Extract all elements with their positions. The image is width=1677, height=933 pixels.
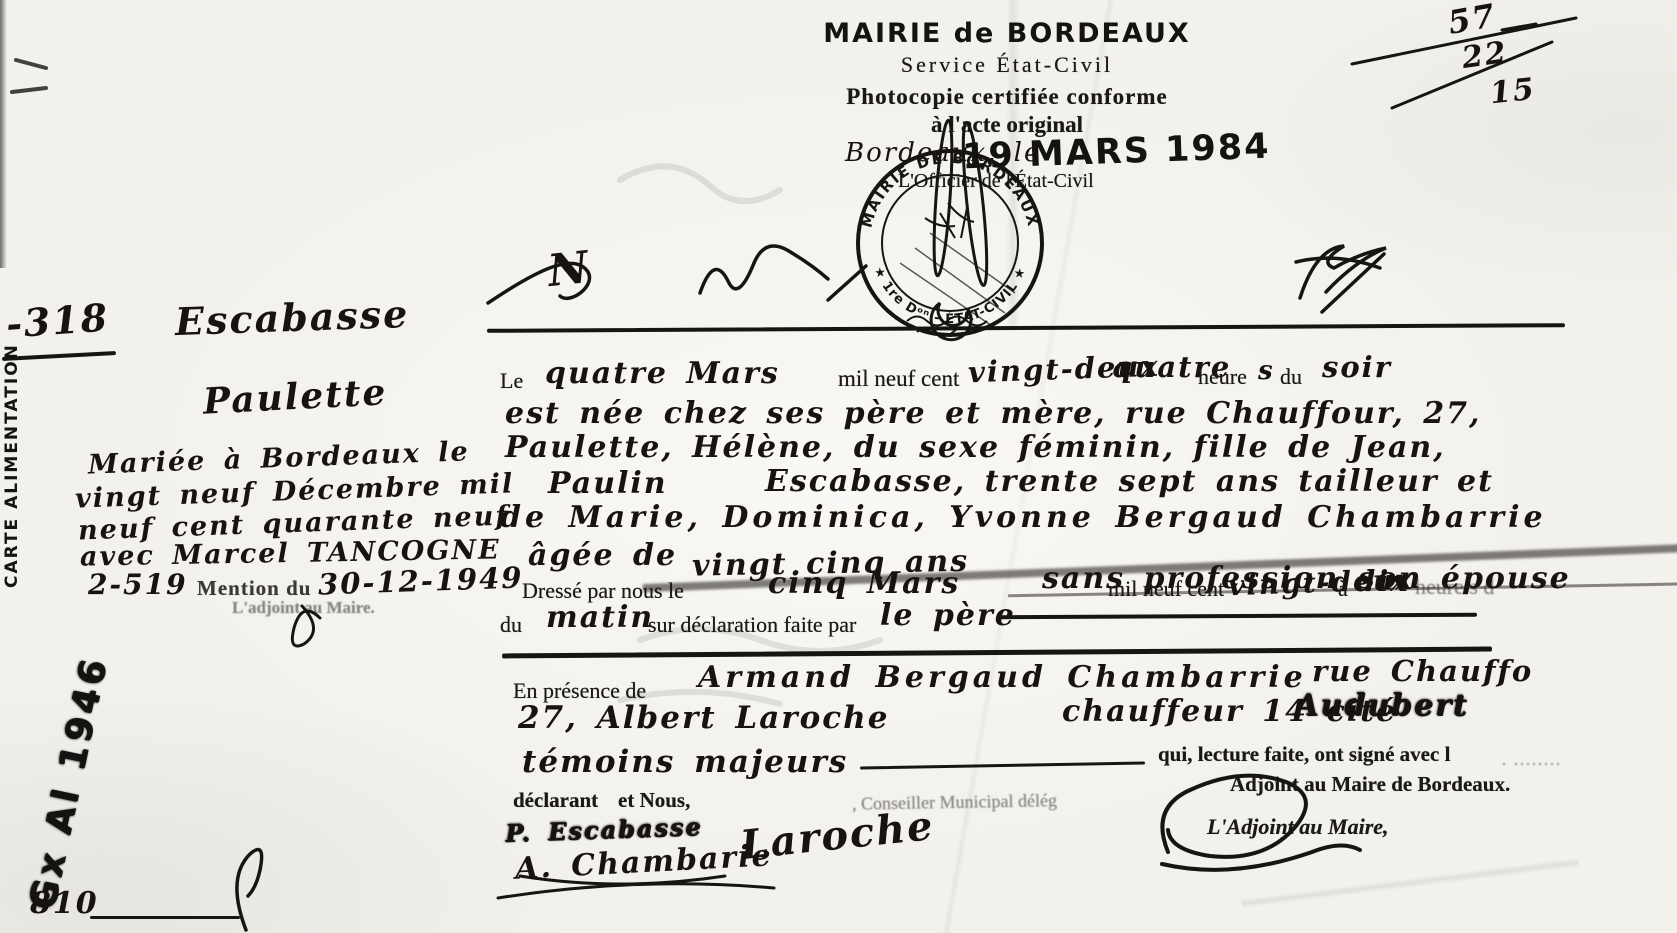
pen-loop-stroke [931, 120, 956, 277]
corner-number-3: 15 [1488, 72, 1537, 112]
act-line1-print-le: Le [500, 368, 523, 394]
signature-witness2: Laroche [738, 802, 937, 869]
act-line1-print-milneufcent: mil neuf cent [838, 366, 959, 392]
mention-date: 30-12-1949 [317, 560, 524, 601]
center-scribble [700, 246, 866, 300]
act-line1-hand-date: quatre Mars [545, 356, 780, 391]
act-line3: Paulette, Hélène, du sexe féminin, fille… [505, 430, 1446, 465]
fold-crease-diagonal [1241, 857, 1580, 908]
witness-hand-temoins: témoins majeurs [522, 744, 848, 780]
margin-surname: Escabasse [174, 291, 410, 344]
service-subtitle: Service État-Civil [807, 52, 1207, 78]
top-left-ink-marks [12, 60, 46, 92]
carte-alimentation-stamp: CARTE ALIMENTATION [2, 343, 22, 588]
act-line1-print-heure: heure [1198, 364, 1247, 390]
act-line8-print-du: du [500, 612, 522, 638]
declarant-fill-line [1000, 613, 1477, 619]
signature-declarant: P. Escabasse [505, 812, 703, 848]
act-line1-hand-soir: soir [1322, 350, 1392, 384]
act-line6-agee-de: âgée de [528, 538, 677, 573]
registry-number-line [90, 916, 240, 919]
act-line7-print-a: à [1338, 576, 1348, 602]
scanned-birth-certificate: MAIRIE de BORDEAUX Service État-Civil Ph… [0, 0, 1677, 933]
act-line2: est née chez ses père et mère, rue Chauf… [505, 396, 1482, 431]
corner-number-1: 57 [1445, 0, 1499, 42]
act-line5-mother: de Marie, Dominica, Yvonne Bergaud Chamb… [500, 500, 1547, 535]
witness-hand-name2: 27, Albert Laroche [518, 700, 889, 736]
mention-ref-number: 2-519 [88, 568, 188, 601]
bleedthrough-smudge [620, 166, 780, 201]
adjoint-signature-label: L'Adjoint au Maire, [1207, 814, 1389, 840]
temoins-fill-line [860, 762, 1145, 770]
act-margin-number: -318 [5, 294, 111, 346]
act-line7-hand-date: cinq Mars [768, 566, 960, 601]
act-line1-hand-s: s [1258, 356, 1275, 386]
witness-hand-address-overwritten: Audubert [1295, 688, 1469, 723]
act-line4-father-firstname: Paulin [548, 466, 668, 501]
act-line4-father-details: Escabasse, trente sept ans tailleur et [765, 464, 1494, 499]
adjoint-stamp-faint: L'adjoint au Maire. [232, 598, 375, 618]
act-line7-print-heure: heure s d [1415, 574, 1494, 600]
ration-card-1946-stamp: Gx Al 1946 [22, 652, 116, 913]
margin-firstname: Paulette [202, 371, 388, 423]
corner-number-2: 22 [1460, 35, 1510, 76]
bottom-left-flourish [237, 850, 262, 930]
act-line1-print-du: du [1280, 364, 1302, 390]
act-line7-print-milneufcent: mil neuf cent [1108, 576, 1224, 602]
act-line8-print-declaration: sur déclaration faite par [648, 612, 856, 638]
closing-print-etnous: et Nous, [618, 788, 690, 813]
torn-left-edge [0, 0, 7, 268]
closing-dots: . ........ [1502, 752, 1562, 770]
closing-print-adjoint: Adjoint au Maire de Bordeaux. [1230, 772, 1510, 797]
closing-print-lecture: qui, lecture faite, ont signé avec l [1158, 742, 1450, 767]
closing-print-declarant: déclarant [513, 788, 598, 813]
witness-hand-street: rue Chauffo [1312, 654, 1533, 688]
mairie-title: MAIRIE de BORDEAUX [807, 18, 1207, 49]
act-line7-hand-hour: dix [1355, 564, 1410, 598]
flourish-letter-n: N [545, 242, 592, 297]
witness-hand-name1: Armand Bergaud Chambarrie [698, 660, 1307, 695]
registry-number-bottom: 810 [30, 886, 99, 921]
right-paraph [1296, 246, 1386, 312]
act-line8-hand-matin: matin [546, 600, 654, 635]
act-line8-hand-lepere: le père [880, 598, 1016, 633]
